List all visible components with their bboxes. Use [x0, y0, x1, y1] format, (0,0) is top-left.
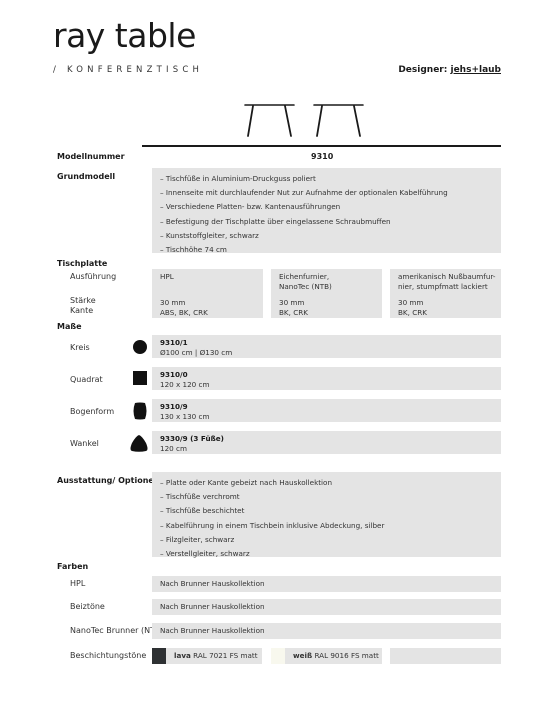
empty-color-slot [390, 648, 501, 664]
tischplatte-option-nussbaum: amerikanisch Nußbaumfur- nier, stumpfmat… [390, 269, 501, 318]
farben-nanotec-value: Nach Brunner Hauskollektion [152, 623, 501, 639]
shape-label-wankel: Wankel [70, 439, 99, 448]
circle-shape-icon [132, 339, 148, 355]
lava-color-swatch [152, 648, 166, 664]
shape-size: 120 cm [160, 444, 501, 454]
shape-dims-kreis: 9310/1 Ø100 cm | Ø130 cm [152, 335, 501, 358]
color-name: weiß [293, 651, 312, 660]
shape-code: 9310/9 [160, 402, 188, 411]
modellnummer-label: Modellnummer [57, 152, 125, 161]
shape-code: 9330/9 (3 Füße) [160, 434, 224, 443]
staerke-value: 30 mm [279, 298, 382, 308]
farben-nanotec-label: NanoTec Brunner (NTB) [70, 626, 164, 635]
shape-dims-wankel: 9330/9 (3 Füße) 120 cm [152, 431, 501, 454]
shape-code: 9310/1 [160, 338, 188, 347]
grundmodell-list: – Tischfüße in Aluminium-Druckguss polie… [152, 168, 501, 253]
masse-label: Maße [57, 322, 82, 331]
table-side-view-illustration [240, 98, 400, 143]
designer-credit: Designer: jehs+laub [398, 65, 501, 75]
list-item: – Tischfüße beschichtet [160, 504, 501, 518]
list-item: – Kabelführung in einem Tischbein inklus… [160, 519, 501, 533]
ausstattung-list: – Platte oder Kante gebeizt nach Hauskol… [152, 472, 501, 557]
square-shape-icon [133, 371, 147, 385]
weiss-color-label: weiß RAL 9016 FS matt [285, 648, 382, 664]
list-item: – Kunststoffgleiter, schwarz [160, 229, 501, 243]
staerke-label: Stärke [70, 296, 96, 305]
farben-hpl-label: HPL [70, 579, 85, 588]
weiss-color-swatch [271, 648, 285, 664]
list-item: – Tischfüße in Aluminium-Druckguss polie… [160, 172, 501, 186]
product-title: ray table [53, 16, 196, 55]
farben-label: Farben [57, 562, 88, 571]
staerke-value: 30 mm [398, 298, 501, 308]
designer-link[interactable]: jehs+laub [450, 65, 501, 75]
kante-value: BK, CRK [398, 308, 501, 318]
list-item: – Tischfüße verchromt [160, 490, 501, 504]
list-item: – Filzgleiter, schwarz [160, 533, 501, 547]
ausstattung-label: Ausstattung/ Optionen [57, 476, 160, 485]
farben-beiztoene-label: Beiztöne [70, 602, 105, 611]
ausfuehrung-value-2: nier, stumpfmatt lackiert [398, 282, 501, 292]
shape-size: 120 x 120 cm [160, 380, 501, 390]
list-item: – Platte oder Kante gebeizt nach Hauskol… [160, 476, 501, 490]
kante-value: BK, CRK [279, 308, 382, 318]
tischplatte-option-eiche: Eichenfurnier, NanoTec (NTB) 30 mm BK, C… [271, 269, 382, 318]
color-spec: RAL 7021 FS matt [193, 651, 257, 660]
farben-beiztoene-value: Nach Brunner Hauskollektion [152, 599, 501, 615]
shape-dims-bogenform: 9310/9 130 x 130 cm [152, 399, 501, 422]
ausfuehrung-label: Ausführung [70, 272, 116, 281]
staerke-value: 30 mm [160, 298, 263, 308]
list-item: – Tischhöhe 74 cm [160, 243, 501, 257]
tischplatte-option-hpl: HPL 30 mm ABS, BK, CRK [152, 269, 263, 318]
grundmodell-label: Grundmodell [57, 172, 115, 181]
ausfuehrung-value-2: NanoTec (NTB) [279, 282, 382, 292]
designer-label: Designer: [398, 65, 447, 75]
list-item: – Verschiedene Platten- bzw. Kantenausfü… [160, 200, 501, 214]
color-spec: RAL 9016 FS matt [314, 651, 378, 660]
ausfuehrung-value: Eichenfurnier, [279, 272, 382, 282]
list-item: – Innenseite mit durchlaufender Nut zur … [160, 186, 501, 200]
shape-size: Ø100 cm | Ø130 cm [160, 348, 501, 358]
lava-color-label: lava RAL 7021 FS matt [166, 648, 262, 664]
list-item: – Befestigung der Tischplatte über einge… [160, 215, 501, 229]
ausfuehrung-value: amerikanisch Nußbaumfur- [398, 272, 501, 282]
kante-label: Kante [70, 306, 93, 315]
header-divider [142, 145, 501, 147]
shape-dims-quadrat: 9310/0 120 x 120 cm [152, 367, 501, 390]
shape-size: 130 x 130 cm [160, 412, 501, 422]
shape-code: 9310/0 [160, 370, 188, 379]
triangle-shape-icon [129, 434, 149, 452]
color-name: lava [174, 651, 191, 660]
modellnummer-value: 9310 [311, 152, 333, 161]
tischplatte-label: Tischplatte [57, 259, 107, 268]
product-subtitle: / KONFERENZTISCH [53, 65, 203, 75]
barrel-shape-icon [132, 402, 148, 420]
shape-label-kreis: Kreis [70, 343, 90, 352]
beschichtung-label: Beschichtungstöne [70, 651, 146, 660]
farben-hpl-value: Nach Brunner Hauskollektion [152, 576, 501, 592]
list-item: – Verstellgleiter, schwarz [160, 547, 501, 561]
shape-label-quadrat: Quadrat [70, 375, 103, 384]
ausfuehrung-value: HPL [160, 272, 263, 282]
kante-value: ABS, BK, CRK [160, 308, 263, 318]
shape-label-bogenform: Bogenform [70, 407, 114, 416]
